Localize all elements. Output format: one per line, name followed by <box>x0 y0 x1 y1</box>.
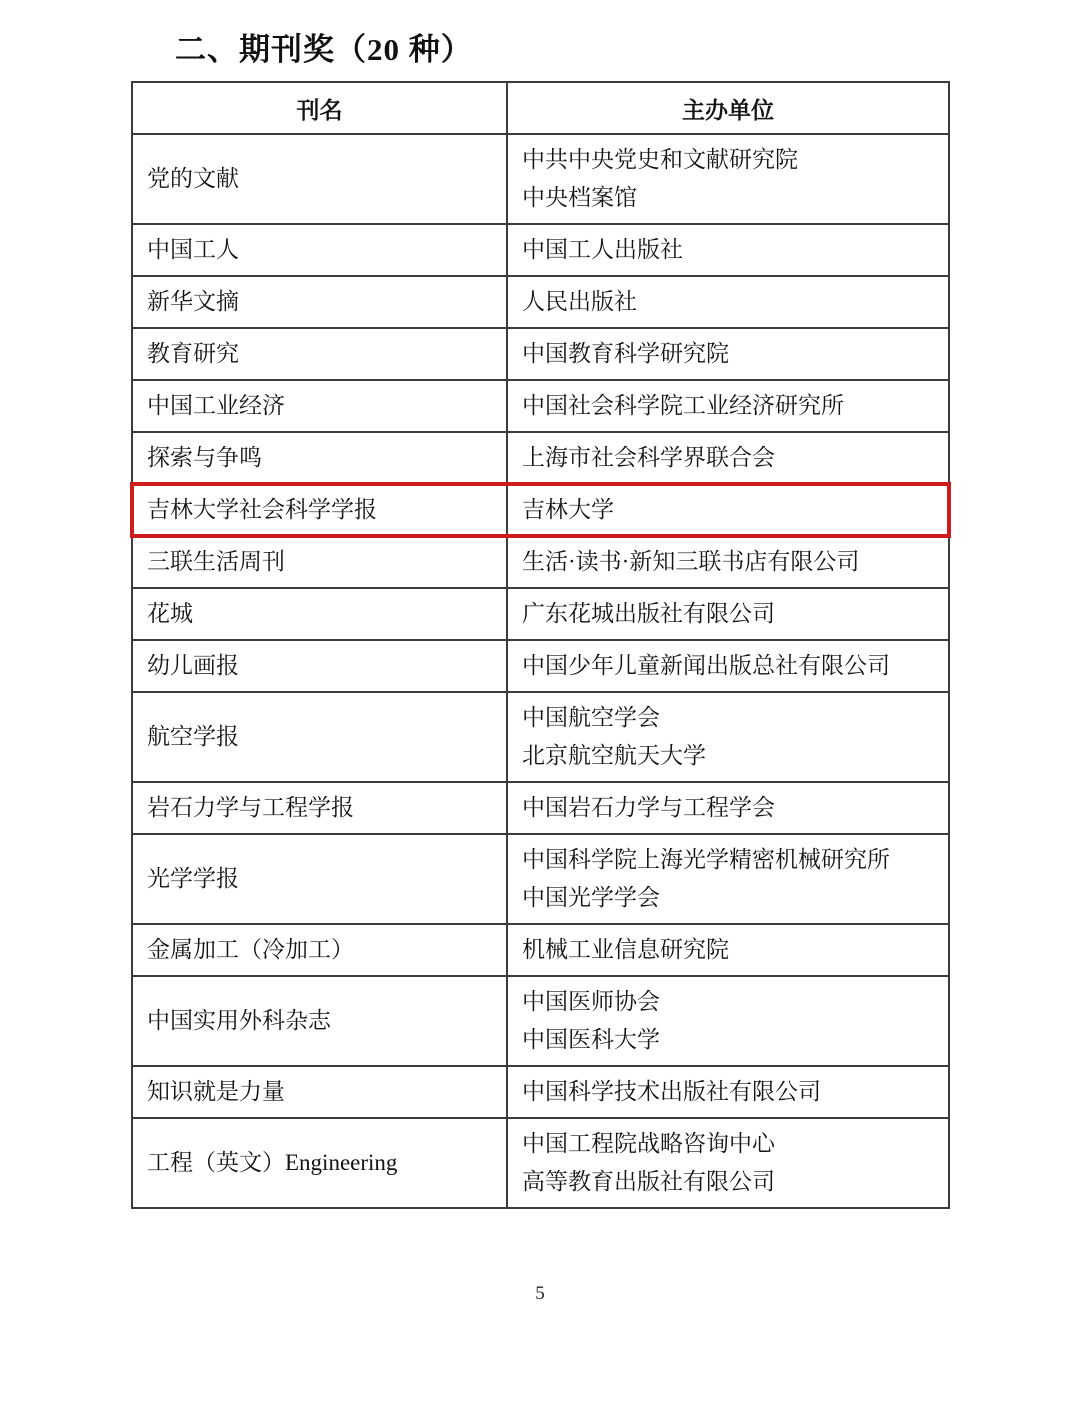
table-row: 探索与争鸣上海市社会科学界联合会 <box>132 432 949 484</box>
journal-name: 光学学报 <box>147 860 492 898</box>
organizer-line: 中国工程院战略咨询中心 <box>522 1125 934 1163</box>
organizer-line: 生活·读书·新知三联书店有限公司 <box>522 543 934 581</box>
organizer-cell: 中国岩石力学与工程学会 <box>507 782 949 834</box>
journal-name-cell: 航空学报 <box>132 692 507 782</box>
organizer-cell: 机械工业信息研究院 <box>507 924 949 976</box>
table-row: 金属加工（冷加工）机械工业信息研究院 <box>132 924 949 976</box>
journal-name-cell: 岩石力学与工程学报 <box>132 782 507 834</box>
journal-name-cell: 幼儿画报 <box>132 640 507 692</box>
journal-name-cell: 新华文摘 <box>132 276 507 328</box>
journal-name-cell: 中国实用外科杂志 <box>132 976 507 1066</box>
organizer-cell: 中共中央党史和文献研究院中央档案馆 <box>507 134 949 224</box>
journal-name: 知识就是力量 <box>147 1073 492 1111</box>
organizer-cell: 中国科学院上海光学精密机械研究所中国光学学会 <box>507 834 949 924</box>
page-number: 5 <box>0 1283 1080 1305</box>
organizer-cell: 广东花城出版社有限公司 <box>507 588 949 640</box>
journal-name: 工程（英文）Engineering <box>147 1144 492 1182</box>
organizer-line: 中国医师协会 <box>522 983 934 1021</box>
organizer-line: 上海市社会科学界联合会 <box>522 439 934 477</box>
organizer-line: 中共中央党史和文献研究院 <box>522 141 934 179</box>
table-row: 幼儿画报中国少年儿童新闻出版总社有限公司 <box>132 640 949 692</box>
organizer-cell: 中国教育科学研究院 <box>507 328 949 380</box>
journal-name-cell: 花城 <box>132 588 507 640</box>
table-row: 三联生活周刊生活·读书·新知三联书店有限公司 <box>132 536 949 588</box>
organizer-line: 中央档案馆 <box>522 179 934 217</box>
journal-name-cell: 知识就是力量 <box>132 1066 507 1118</box>
organizer-line: 人民出版社 <box>522 283 934 321</box>
organizer-line: 中国医科大学 <box>522 1021 934 1059</box>
journal-name: 三联生活周刊 <box>147 543 492 581</box>
organizer-line: 中国航空学会 <box>522 699 934 737</box>
organizer-cell: 中国航空学会北京航空航天大学 <box>507 692 949 782</box>
journal-name-cell: 工程（英文）Engineering <box>132 1118 507 1208</box>
table-row: 新华文摘人民出版社 <box>132 276 949 328</box>
organizer-line: 中国科学院上海光学精密机械研究所 <box>522 841 934 879</box>
journal-name: 幼儿画报 <box>147 647 492 685</box>
organizer-cell: 生活·读书·新知三联书店有限公司 <box>507 536 949 588</box>
document-page: 二、期刊奖（20 种） 刊名 主办单位 党的文献中共中央党史和文献研究院中央档案… <box>0 0 1080 1404</box>
journal-name-cell: 吉林大学社会科学学报 <box>132 484 507 536</box>
journal-name: 新华文摘 <box>147 283 492 321</box>
organizer-cell: 中国工程院战略咨询中心高等教育出版社有限公司 <box>507 1118 949 1208</box>
organizer-line: 中国工人出版社 <box>522 231 934 269</box>
organizer-line: 中国社会科学院工业经济研究所 <box>522 387 934 425</box>
table-row: 岩石力学与工程学报中国岩石力学与工程学会 <box>132 782 949 834</box>
organizer-line: 中国光学学会 <box>522 879 934 917</box>
organizer-cell: 上海市社会科学界联合会 <box>507 432 949 484</box>
journal-name: 教育研究 <box>147 335 492 373</box>
organizer-cell: 中国医师协会中国医科大学 <box>507 976 949 1066</box>
journal-name-cell: 三联生活周刊 <box>132 536 507 588</box>
journal-table-body: 党的文献中共中央党史和文献研究院中央档案馆中国工人中国工人出版社新华文摘人民出版… <box>132 134 949 1208</box>
journal-name: 航空学报 <box>147 718 492 756</box>
journal-name-cell: 中国工业经济 <box>132 380 507 432</box>
section-title: 二、期刊奖（20 种） <box>175 24 473 69</box>
organizer-cell: 中国社会科学院工业经济研究所 <box>507 380 949 432</box>
organizer-line: 广东花城出版社有限公司 <box>522 595 934 633</box>
journal-name-cell: 金属加工（冷加工） <box>132 924 507 976</box>
column-header-journal-name: 刊名 <box>132 82 507 134</box>
journal-name: 金属加工（冷加工） <box>147 931 492 969</box>
table-row: 航空学报中国航空学会北京航空航天大学 <box>132 692 949 782</box>
organizer-line: 吉林大学 <box>522 491 934 529</box>
table-row: 光学学报中国科学院上海光学精密机械研究所中国光学学会 <box>132 834 949 924</box>
organizer-line: 中国科学技术出版社有限公司 <box>522 1073 934 1111</box>
column-header-organizer: 主办单位 <box>507 82 949 134</box>
journal-name-cell: 光学学报 <box>132 834 507 924</box>
journal-name: 党的文献 <box>147 160 492 198</box>
organizer-line: 中国岩石力学与工程学会 <box>522 789 934 827</box>
table-row: 教育研究中国教育科学研究院 <box>132 328 949 380</box>
journal-name-cell: 教育研究 <box>132 328 507 380</box>
journal-name: 中国工业经济 <box>147 387 492 425</box>
journal-awards-table: 刊名 主办单位 党的文献中共中央党史和文献研究院中央档案馆中国工人中国工人出版社… <box>131 81 950 1209</box>
table-row: 知识就是力量中国科学技术出版社有限公司 <box>132 1066 949 1118</box>
table-header-row: 刊名 主办单位 <box>132 82 949 134</box>
journal-name: 岩石力学与工程学报 <box>147 789 492 827</box>
organizer-cell: 中国工人出版社 <box>507 224 949 276</box>
journal-name: 探索与争鸣 <box>147 439 492 477</box>
organizer-cell: 中国科学技术出版社有限公司 <box>507 1066 949 1118</box>
organizer-line: 中国少年儿童新闻出版总社有限公司 <box>522 647 934 685</box>
journal-name-cell: 党的文献 <box>132 134 507 224</box>
table-row-highlighted: 吉林大学社会科学学报吉林大学 <box>132 484 949 536</box>
organizer-line: 北京航空航天大学 <box>522 737 934 775</box>
organizer-line: 高等教育出版社有限公司 <box>522 1163 934 1201</box>
journal-name-cell: 探索与争鸣 <box>132 432 507 484</box>
journal-name: 花城 <box>147 595 492 633</box>
journal-name: 中国实用外科杂志 <box>147 1002 492 1040</box>
organizer-cell: 人民出版社 <box>507 276 949 328</box>
table-row: 中国工人中国工人出版社 <box>132 224 949 276</box>
organizer-cell: 中国少年儿童新闻出版总社有限公司 <box>507 640 949 692</box>
table-row: 花城广东花城出版社有限公司 <box>132 588 949 640</box>
journal-name: 中国工人 <box>147 231 492 269</box>
journal-name: 吉林大学社会科学学报 <box>147 491 492 529</box>
organizer-cell: 吉林大学 <box>507 484 949 536</box>
organizer-line: 中国教育科学研究院 <box>522 335 934 373</box>
table-row: 工程（英文）Engineering中国工程院战略咨询中心高等教育出版社有限公司 <box>132 1118 949 1208</box>
organizer-line: 机械工业信息研究院 <box>522 931 934 969</box>
journal-name-cell: 中国工人 <box>132 224 507 276</box>
table-row: 中国实用外科杂志中国医师协会中国医科大学 <box>132 976 949 1066</box>
table-row: 党的文献中共中央党史和文献研究院中央档案馆 <box>132 134 949 224</box>
table-row: 中国工业经济中国社会科学院工业经济研究所 <box>132 380 949 432</box>
